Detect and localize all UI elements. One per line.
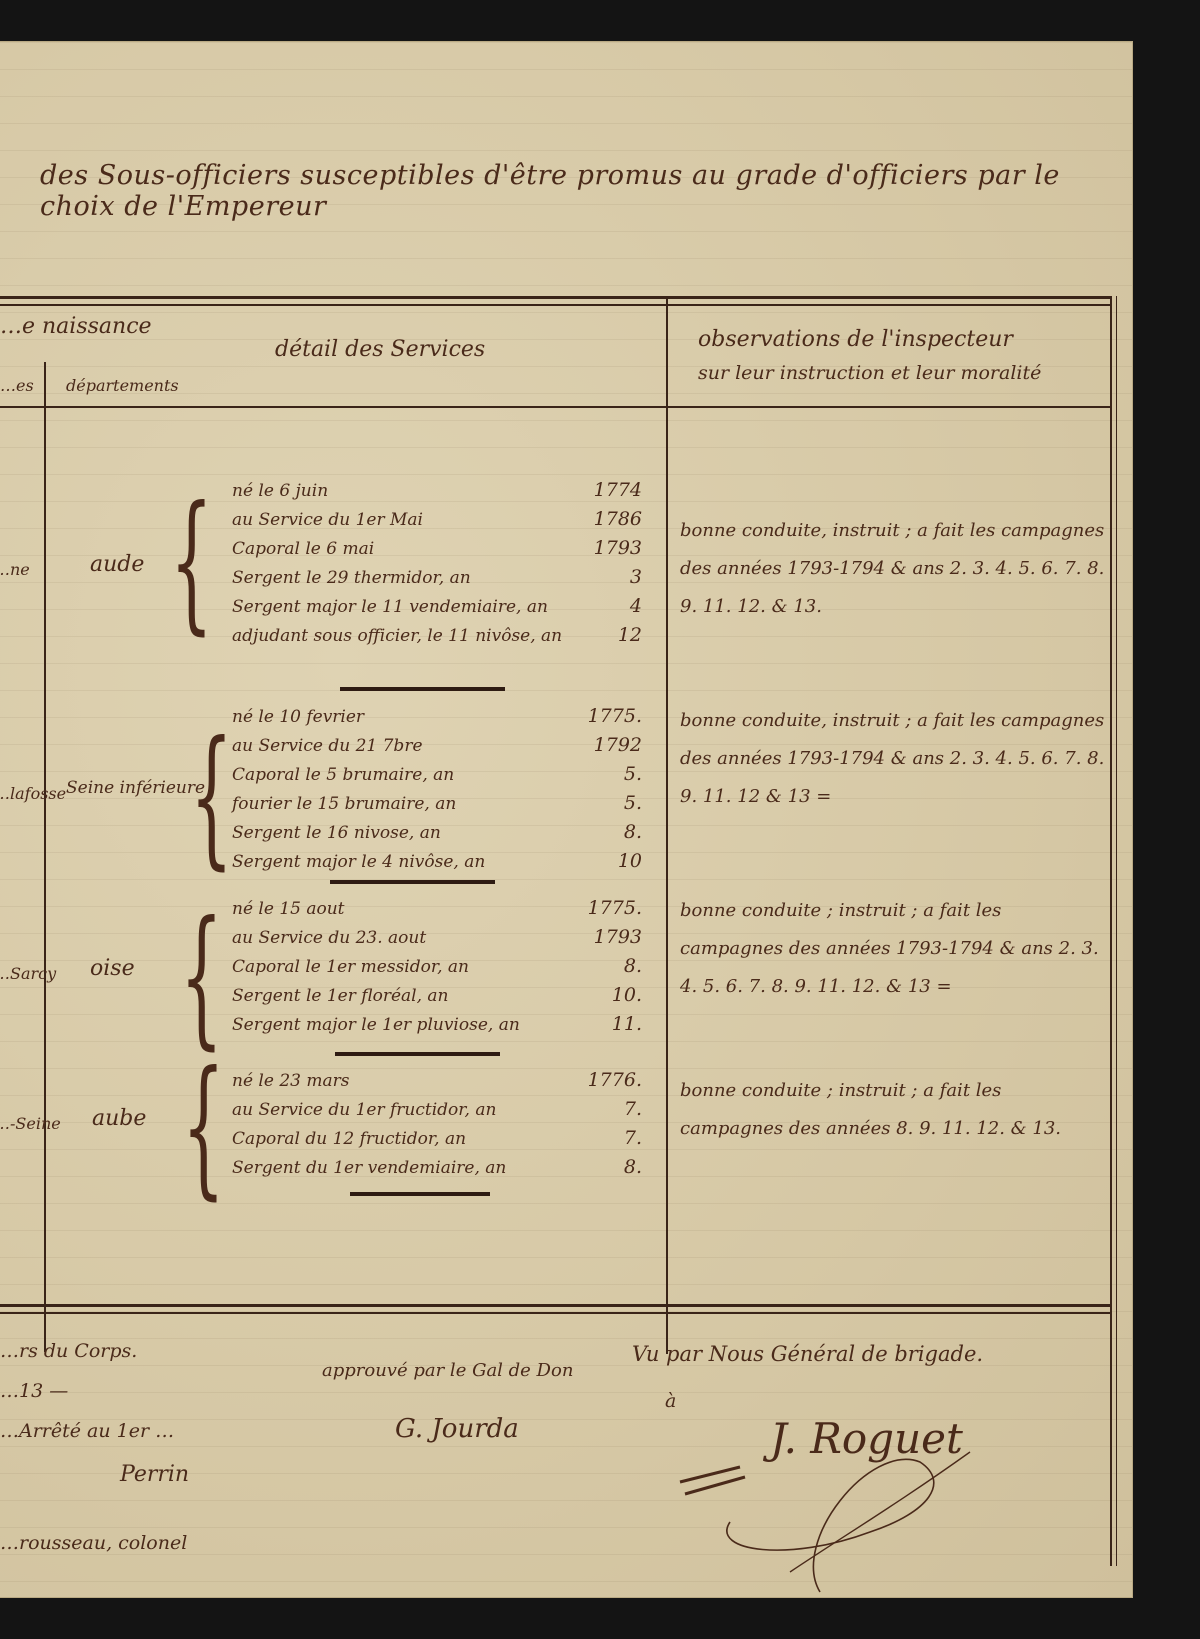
footer-left-line5: …rousseau, colonel (0, 1532, 187, 1554)
header-detail-services: détail des Services (275, 337, 485, 362)
header-observations-line2: sur leur instruction et leur moralité (698, 362, 1041, 384)
service-entry: Sergent le 1er floréal, an10. (232, 977, 642, 1006)
row-separator (330, 880, 495, 884)
service-entry: né le 15 aout1775. (232, 890, 642, 919)
footer-approved-text: approuvé par le Gal de Don (322, 1360, 573, 1381)
brace-icon: { (182, 1052, 225, 1202)
table-bottom-rule (0, 1304, 1110, 1307)
service-entry: Sergent major le 1er pluviose, an11. (232, 1006, 642, 1035)
inspector-observation: bonne conduite, instruit ; a fait les ca… (680, 702, 1110, 816)
row-separator (335, 1052, 500, 1056)
service-entry: au Service du 23. aout1793 (232, 919, 642, 948)
document-title: des Sous-officiers susceptibles d'être p… (40, 160, 1132, 222)
table-top-rule (0, 296, 1110, 299)
service-entry: Sergent le 29 thermidor, an3 (232, 559, 642, 588)
table-bottom-rule-inner (0, 1312, 1110, 1314)
row-separator (340, 687, 505, 691)
service-entry: né le 23 mars1776. (232, 1062, 642, 1091)
service-details: né le 6 juin1774 au Service du 1er Mai17… (232, 472, 642, 646)
signature-middle: G. Jourda (395, 1414, 519, 1444)
header-naissance: …e naissance (0, 314, 152, 339)
service-entry: Caporal le 5 brumaire, an5. (232, 756, 642, 785)
birthplace: …-Seine (0, 1114, 61, 1133)
service-details: né le 15 aout1775. au Service du 23. aou… (232, 890, 642, 1035)
birthplace: …ne (0, 560, 30, 579)
footer-left-line1: …rs du Corps. (0, 1340, 137, 1362)
header-departements: départements (66, 376, 179, 395)
service-entry: né le 6 juin1774 (232, 472, 642, 501)
service-entry: au Service du 21 7bre1792 (232, 727, 642, 756)
footer-left-line2: …13 — (0, 1380, 68, 1402)
department: oise (90, 956, 135, 981)
col-divider-1 (44, 362, 46, 1352)
signature-flourish-icon (670, 1422, 1000, 1602)
right-border-inner (1116, 296, 1117, 1566)
birthplace: …lafosse (0, 784, 66, 803)
inspector-observation: bonne conduite, instruit ; a fait les ca… (680, 512, 1110, 626)
service-details: né le 10 fevrier1775. au Service du 21 7… (232, 698, 642, 872)
service-entry: né le 10 fevrier1775. (232, 698, 642, 727)
footer-vu-par-text: Vu par Nous Général de brigade. (632, 1342, 983, 1366)
footer-left-line3: …Arrêté au 1er … (0, 1420, 174, 1442)
service-entry: Caporal le 1er messidor, an8. (232, 948, 642, 977)
service-entry: Sergent du 1er vendemiaire, an8. (232, 1149, 642, 1178)
department: aube (92, 1106, 146, 1131)
col-divider-observations (666, 298, 668, 1354)
service-entry: au Service du 1er Mai1786 (232, 501, 642, 530)
document-page: des Sous-officiers susceptibles d'être p… (0, 42, 1132, 1597)
table-top-rule-inner (0, 304, 1110, 306)
footer-a: à (665, 1390, 676, 1412)
department: aude (90, 552, 144, 577)
department: Seine inférieure (66, 778, 205, 798)
header-observations-line1: observations de l'inspecteur (698, 327, 1013, 352)
service-entry: fourier le 15 brumaire, an5. (232, 785, 642, 814)
header-bottom-rule (0, 406, 1110, 408)
brace-icon: { (170, 487, 213, 637)
service-details: né le 23 mars1776. au Service du 1er fru… (232, 1062, 642, 1178)
right-border-outer (1110, 296, 1112, 1566)
inspector-observation: bonne conduite ; instruit ; a fait les c… (680, 1072, 1110, 1148)
service-entry: Caporal du 12 fructidor, an7. (232, 1120, 642, 1149)
signature-left: Perrin (120, 1462, 189, 1487)
service-entry: Sergent major le 4 nivôse, an10 (232, 843, 642, 872)
service-entry: Sergent major le 11 vendemiaire, an4 (232, 588, 642, 617)
row-separator (350, 1192, 490, 1196)
birthplace: …Sarcy (0, 964, 56, 983)
inspector-observation: bonne conduite ; instruit ; a fait les c… (680, 892, 1110, 1006)
service-entry: Sergent le 16 nivose, an8. (232, 814, 642, 843)
header-lieux: …es (0, 376, 34, 395)
brace-icon: { (190, 722, 233, 872)
service-entry: au Service du 1er fructidor, an7. (232, 1091, 642, 1120)
service-entry: adjudant sous officier, le 11 nivôse, an… (232, 617, 642, 646)
service-entry: Caporal le 6 mai1793 (232, 530, 642, 559)
brace-icon: { (180, 902, 223, 1052)
